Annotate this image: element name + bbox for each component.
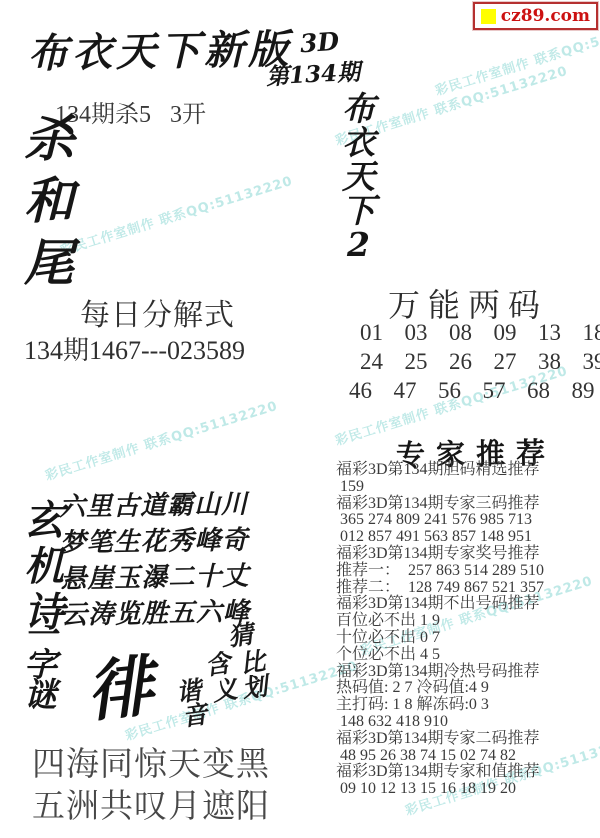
two-codes-grid: 01 03 08 09 13 18 19?24 25 26 27 38 39 4… [360,318,600,405]
expert-line: 主打码: 1 8 解冻码:0 3 [336,697,544,714]
expert-recommend-list: 福彩3D第134期胆码精选推荐 159福彩3D第134期专家三码推荐 365 2… [336,462,544,798]
expert-line: 159 [336,479,544,496]
issue-number: 第134期 [265,54,361,92]
riddle-character: 徘 [81,633,157,734]
expert-line: 十位必不出 0 7 [336,630,544,647]
brand-char: 2 [347,228,370,262]
expert-line: 推荐二： 128 749 867 521 357 [336,580,544,597]
yellow-square-icon [481,9,496,24]
riddle-hint-char: 音 [180,694,210,733]
poem-line: 悬崖玉瀑二十丈 [60,558,250,597]
expert-line: 百位必不出 1 9 [336,613,544,630]
bottom-poem: 四海同惊天变黑五洲共叹月遮阳 [32,744,270,828]
expert-line: 福彩3D第134期胆码精选推荐 [336,462,544,479]
poem-label-char: 机 [24,544,64,590]
expert-line: 365 274 809 241 576 985 713 [336,512,544,529]
poem-label-char: 玄 [24,498,64,544]
brand-char: 天 [342,160,375,194]
brand-char: 布 [342,92,375,126]
expert-line: 福彩3D第134期不出号码推荐 [336,596,544,613]
expert-line: 推荐一： 257 863 514 289 510 [336,563,544,580]
watermark-text: 彩民工作室制作 联系QQ:51132220 [43,395,280,484]
watermark-text: 彩民工作室制作 联系QQ:51132220 [58,170,295,259]
expert-line: 福彩3D第134期专家奖号推荐 [336,546,544,563]
kill-tail-char: 和 [24,170,74,232]
expert-line: 福彩3D第134期专家二码推荐 [336,731,544,748]
bottom-poem-line: 五洲共叹月遮阳 [32,786,270,828]
daily-decomposition-formula: 134期1467---023589 [24,330,245,367]
daily-decomposition-title: 每日分解式 [50,290,265,334]
lottery-chart-page: 彩民工作室制作 联系QQ:51132220 彩民工作室制作 联系QQ:51132… [0,0,600,838]
riddle-hint-char: 义 [210,669,240,708]
site-badge[interactable]: cz89.com [473,2,598,30]
expert-line: 福彩3D第134期专家三码推荐 [336,496,544,513]
kill-sum-tail-label: 杀和尾 [24,108,74,294]
two-codes-row: 46 47 56 57 68 89 [349,376,600,405]
page-title: 布衣天下新版 [28,18,293,80]
riddle-label-char: 谜 [24,680,57,710]
site-badge-label: cz89.com [501,6,590,26]
edition-label: 3D [299,27,340,59]
kill-tail-char: 尾 [24,232,74,294]
expert-line: 福彩3D第134期冷热号码推荐 [336,664,544,681]
expert-line: 个位必不出 4 5 [336,647,544,664]
expert-line: 09 10 12 13 15 16 18 19 20 [336,781,544,798]
open-number-line: 3开 [170,94,206,129]
brand-char: 下 [342,194,375,228]
expert-line: 48 95 26 38 74 15 02 74 82 [336,748,544,765]
expert-line: 福彩3D第134期专家和值推荐 [336,764,544,781]
expert-line: 012 857 491 563 857 148 951 [336,529,544,546]
mystery-poem-lines: 六里古道霸山川梦笔生花秀峰奇悬崖玉瀑二十丈云涛览胜五六峰 [59,486,250,633]
poem-line: 梦笔生花秀峰奇 [59,522,249,561]
two-codes-row: 24 25 26 27 38 39 45? [360,347,600,376]
riddle-hint-char: 划 [240,666,270,705]
two-codes-row: 01 03 08 09 13 18 19? [360,318,600,347]
expert-line: 148 632 418 910 [336,714,544,731]
word-riddle-label: 一字谜 [24,620,57,710]
bottom-poem-line: 四海同惊天变黑 [32,744,270,786]
brand-char: 衣 [342,126,375,160]
poem-line: 六里古道霸山川 [59,486,249,525]
kill-tail-char: 杀 [24,108,74,170]
poem-line: 云涛览胜五六峰 [61,594,251,633]
brand-vertical-label: 布衣天下2 [342,92,375,262]
expert-line: 热码值: 2 7 冷码值:4 9 [336,680,544,697]
